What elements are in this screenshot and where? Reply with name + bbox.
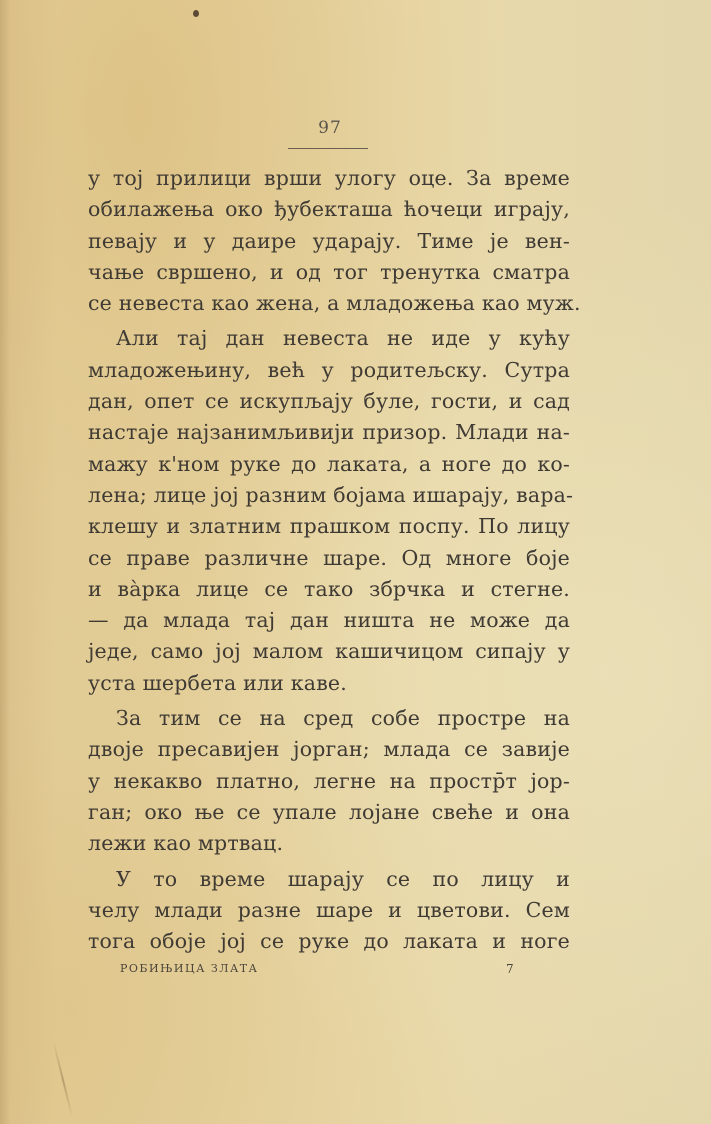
text-line: двоје пресавијен јорган; млада се завије	[88, 734, 570, 765]
text-line: клешу и златним прашком поспу. По лицу	[88, 511, 570, 542]
text-line: лена; лице јој разним бојама ишарају, ва…	[88, 480, 570, 511]
text-line: младожењину, већ у родитељску. Сутра	[88, 355, 570, 386]
text-line: се праве различне шаре. Од многе боје	[88, 543, 570, 574]
text-line: У то време шарају се по лицу и	[88, 864, 570, 895]
paragraph: За тим се на сред собе простре надвоје п…	[88, 703, 570, 859]
text-line: у некакво платно, легне на простр̄т јор-	[88, 766, 570, 797]
text-line: уста шербета или каве.	[88, 668, 570, 699]
text-line: лежи као мртвац.	[88, 828, 570, 859]
paper-crease	[52, 1041, 73, 1119]
header-rule	[288, 148, 368, 149]
text-line: обилажења око ђубекташа ћочеци играју,	[88, 194, 570, 225]
ink-spot	[193, 10, 199, 17]
text-line: у тој прилици врши улогу оце. За време	[88, 163, 570, 194]
text-line: се невеста као жена, а младожења као муж…	[88, 288, 570, 319]
paragraph: у тој прилици врши улогу оце. За времеоб…	[88, 163, 570, 319]
text-line: За тим се на сред собе простре на	[88, 703, 570, 734]
text-line: дан, опет се искупљају буле, гости, и са…	[88, 386, 570, 417]
page-number: 97	[0, 118, 660, 138]
text-line: ган; око ње се упале лојане свеће и она	[88, 797, 570, 828]
text-line: певају и у даире ударају. Тиме је вен-	[88, 226, 570, 257]
text-line: једе, само јој малом кашичицом сипају у	[88, 636, 570, 667]
text-line: и ва̀рка лице се тако збрчка и стегне.	[88, 574, 570, 605]
text-line: чање свршено, и од тог тренутка сматра	[88, 257, 570, 288]
text-line: Али тај дан невеста не иде у кућу	[88, 323, 570, 354]
text-line: челу млади разне шаре и цветови. Сем	[88, 895, 570, 926]
text-line: настаје најзанимљивији призор. Млади на-	[88, 417, 570, 448]
body-text: у тој прилици врши улогу оце. За времеоб…	[88, 163, 570, 957]
printer-signature: РОБИЊИЦА ЗЛАТА	[120, 962, 258, 975]
text-line: тога обоје јој се руке до лаката и ноге	[88, 926, 570, 957]
signature-mark: 7	[506, 962, 514, 976]
paragraph: Али тај дан невеста не иде у кућумладоже…	[88, 323, 570, 699]
text-line: мажу к'ном руке до лаката, а ноге до ко-	[88, 449, 570, 480]
text-line: — да млада тај дан ништа не може да	[88, 605, 570, 636]
page-edge-shadow	[0, 0, 10, 1124]
paragraph: У то време шарају се по лицу ичелу млади…	[88, 864, 570, 958]
